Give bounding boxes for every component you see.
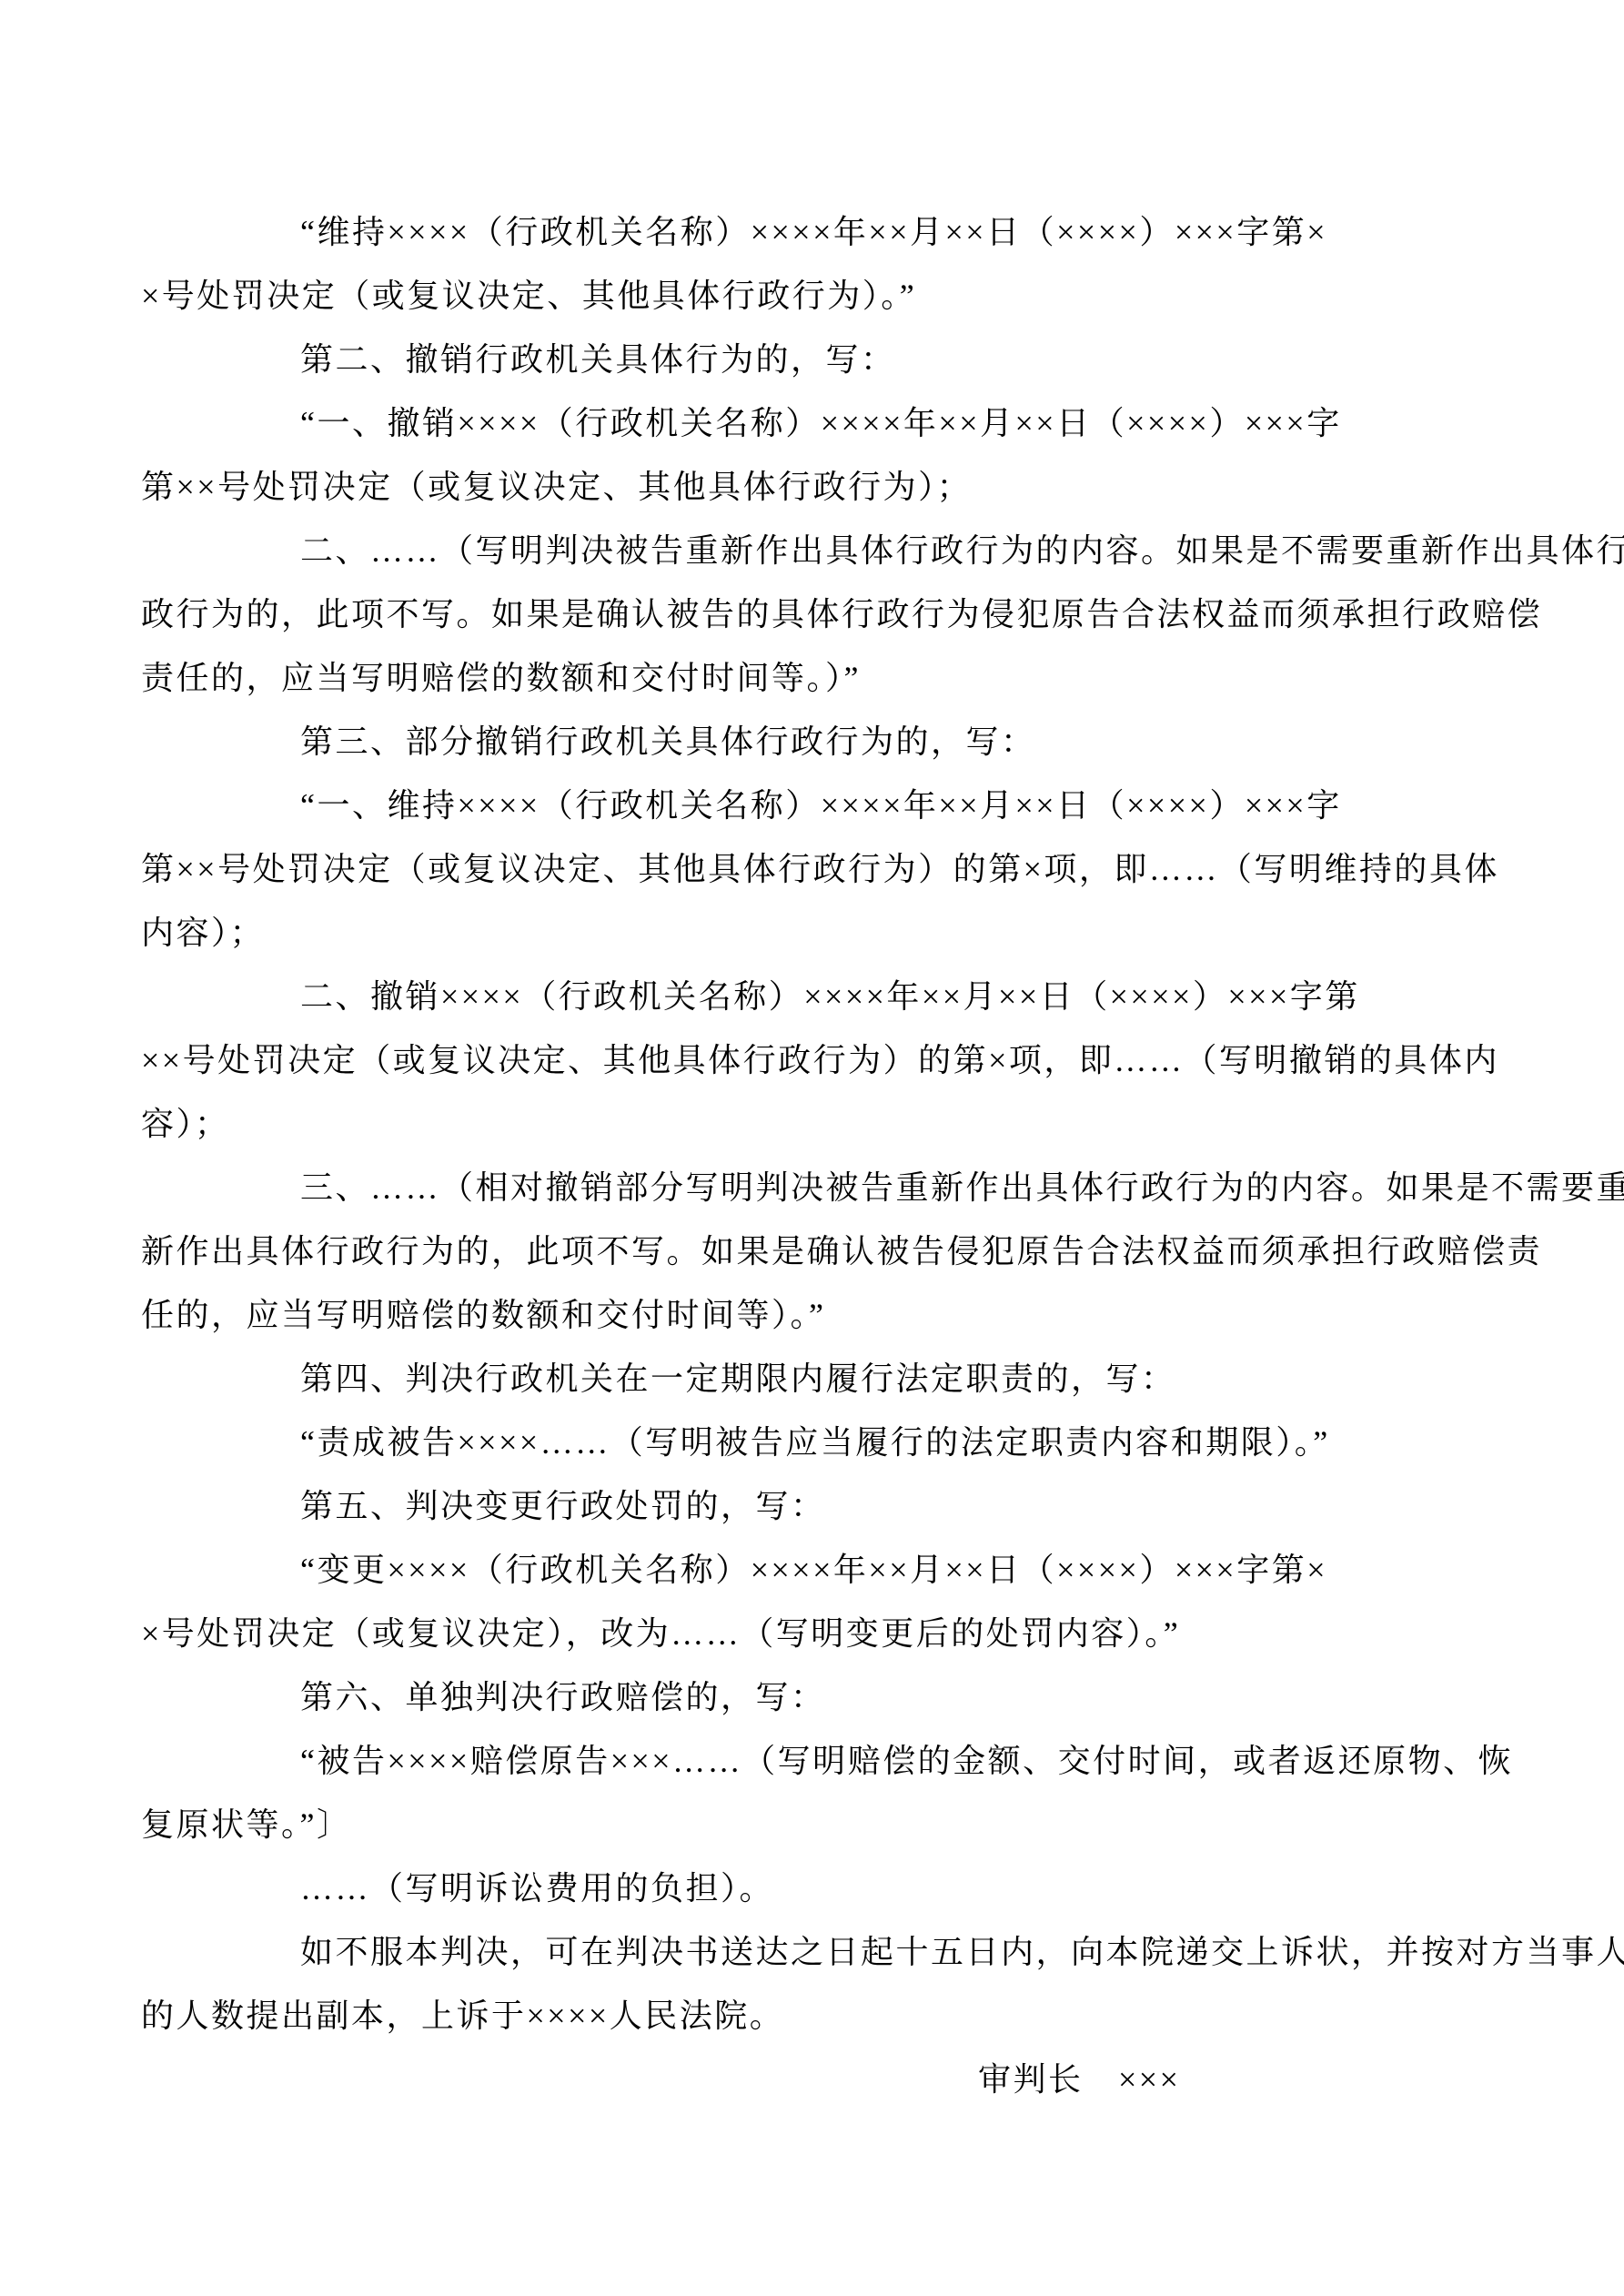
text-line: “被告××××赔偿原告×××……（写明赔偿的金额、交付时间，或者返还原物、恢 — [141, 1729, 1474, 1793]
text-line: 责任的，应当写明赔偿的数额和交付时间等。）” — [141, 646, 1474, 710]
text-line: ×号处罚决定（或复议决定），改为……（写明变更后的处罚内容）。” — [141, 1602, 1474, 1665]
text-line: 第五、判决变更行政处罚的，写： — [141, 1474, 1474, 1538]
text-line: 如不服本判决，可在判决书送达之日起十五日内，向本院递交上诉状，并按对方当事人 — [141, 1920, 1474, 1984]
text-line: “维持××××（行政机关名称）××××年××月××日（××××）×××字第× — [141, 200, 1474, 264]
document-page: “维持××××（行政机关名称）××××年××月××日（××××）×××字第× ×… — [0, 0, 1624, 2296]
text-line: 第××号处罚决定（或复议决定、其他具体行政行为）； — [141, 455, 1474, 519]
text-line: “一、维持××××（行政机关名称）××××年××月××日（××××）×××字 — [141, 774, 1474, 837]
document-body: “维持××××（行政机关名称）××××年××月××日（××××）×××字第× ×… — [141, 200, 1474, 2111]
text-line: 任的，应当写明赔偿的数额和交付时间等）。” — [141, 1283, 1474, 1347]
text-line: 第××号处罚决定（或复议决定、其他具体行政行为）的第×项，即……（写明维持的具体 — [141, 837, 1474, 901]
presiding-judge-signature-line: 审判长 ××× — [141, 2048, 1474, 2111]
text-line: 政行为的，此项不写。如果是确认被告的具体行政行为侵犯原告合法权益而须承担行政赔偿 — [141, 582, 1474, 646]
text-line: 内容）； — [141, 901, 1474, 965]
text-line: 容）； — [141, 1092, 1474, 1156]
text-line: 的人数提出副本，上诉于××××人民法院。 — [141, 1984, 1474, 2048]
text-line: “变更××××（行政机关名称）××××年××月××日（××××）×××字第× — [141, 1538, 1474, 1602]
text-line: 二、……（写明判决被告重新作出具体行政行为的内容。如果是不需要重新作出具体行 — [141, 519, 1474, 582]
text-line: 第六、单独判决行政赔偿的，写： — [141, 1665, 1474, 1729]
text-line: 第二、撤销行政机关具体行为的，写： — [141, 328, 1474, 391]
text-line: 第四、判决行政机关在一定期限内履行法定职责的，写： — [141, 1347, 1474, 1411]
text-line: 第三、部分撤销行政机关具体行政行为的，写： — [141, 710, 1474, 774]
text-line: 二、撤销××××（行政机关名称）××××年××月××日（××××）×××字第 — [141, 965, 1474, 1028]
text-line: “一、撤销××××（行政机关名称）××××年××月××日（××××）×××字 — [141, 391, 1474, 455]
text-line: “责成被告××××……（写明被告应当履行的法定职责内容和期限）。” — [141, 1411, 1474, 1474]
text-line: ……（写明诉讼费用的负担）。 — [141, 1856, 1474, 1920]
text-line: 新作出具体行政行为的，此项不写。如果是确认被告侵犯原告合法权益而须承担行政赔偿责 — [141, 1219, 1474, 1283]
text-line: ××号处罚决定（或复议决定、其他具体行政行为）的第×项，即……（写明撤销的具体内 — [141, 1028, 1474, 1092]
text-line: 三、……（相对撤销部分写明判决被告重新作出具体行政行为的内容。如果是不需要重 — [141, 1156, 1474, 1219]
text-line: ×号处罚决定（或复议决定、其他具体行政行为）。” — [141, 264, 1474, 328]
text-line: 复原状等。”〕 — [141, 1793, 1474, 1856]
